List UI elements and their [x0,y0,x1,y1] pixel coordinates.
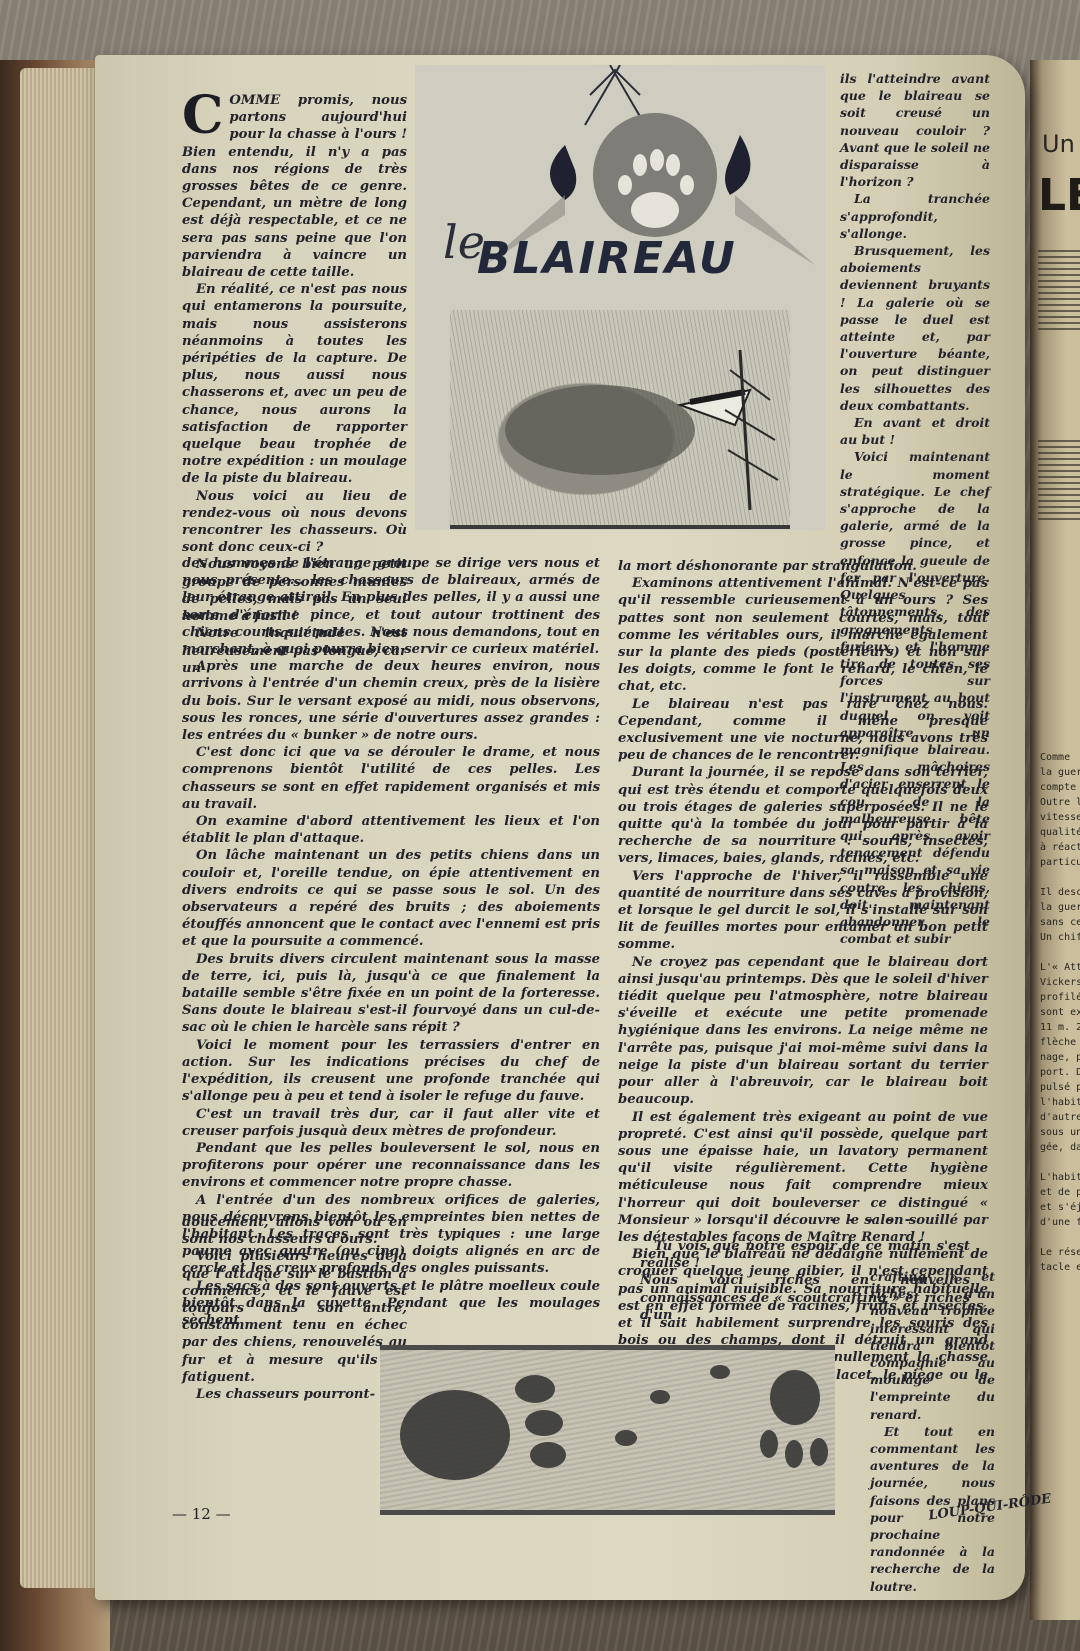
small-track [615,1430,637,1446]
paragraph: On examine d'abord attentivement les lie… [182,813,600,847]
adjacent-heading-small: Un [1042,130,1075,158]
paragraph: En avant et droit au but ! [840,414,990,448]
paragraph: Les chasseurs pourront- [182,1386,407,1403]
paragraph: C'est donc ici que va se dérouler le dra… [182,744,600,813]
paragraph: crafting » et riches d'un nouveau trophé… [870,1268,995,1423]
article-column-1-bottom: doucement, allons voir où en sont nos ch… [182,1214,407,1403]
paragraph: Il est également très exigeant au point … [618,1109,988,1247]
toe-print [810,1438,828,1466]
paragraph: C'est un travail très dur, car il faut a… [182,1106,600,1140]
adjacent-page-text: Comme la guerre, compte plu Outre le vit… [1040,750,1080,1275]
paragraph: Après une marche de deux heures environ,… [182,658,600,744]
footprints-illustration [380,1345,835,1515]
paragraph: Durant la journée, il se repose dans son… [618,764,988,867]
paw-print-icon [770,1370,820,1425]
article-title: BLAIREAU [477,233,737,284]
paragraph: Voici le moment pour les terrassiers d'e… [182,1037,600,1106]
paragraph: la mort déshonorante par strangulation. [618,558,988,575]
paragraph: Examinons attentivement l'animal. N'est-… [618,575,988,695]
paragraph: Nous voici au lieu de rendez-vous où nou… [182,488,407,557]
article-column-3-bottom: crafting » et riches d'un nouveau trophé… [870,1268,995,1595]
section-separator: - - - - - [830,1212,915,1228]
paragraph: En réalité, ce n'est pas nous qui entame… [182,281,407,487]
paragraph: ils l'atteindre avant que le blaireau se… [840,70,990,190]
page-number: — 12 — [172,1505,231,1523]
paragraph: La tranchée s'approfondit, s'allonge. [840,190,990,242]
title-illustration-block: le BLAIREAU [415,65,825,530]
small-track [710,1365,730,1379]
paragraph: Le blaireau n'est pas rare chez nous. Ce… [618,696,988,765]
toe-print [515,1375,555,1403]
paragraph: Vers l'approche de l'hiver, il rassemble… [618,868,988,954]
small-track [650,1390,670,1404]
paw-print-icon [400,1390,510,1480]
toe-print [785,1440,803,1468]
paragraph: Ne croyez pas cependant que le blaireau … [618,954,988,1109]
paragraph: Brusquement, les aboiements deviennent b… [840,242,990,414]
toe-print [530,1442,566,1468]
paragraph: doucement, allons voir où en sont nos ch… [182,1214,407,1248]
adjacent-heading-big: LE [1038,170,1080,221]
paragraph: Pendant que les pelles bouleversent le s… [182,1140,600,1192]
paragraph: On lâche maintenant un des petits chiens… [182,847,600,950]
toe-print [525,1410,563,1436]
drop-cap: C [182,94,223,138]
adjacent-page: Un LE Comme la guerre, compte plu Outre … [1030,60,1080,1620]
paragraph: Voici plusieurs heures déjà que l'attaqu… [182,1248,407,1386]
toe-print [760,1430,778,1458]
hatched-drawing [1038,250,1080,330]
badger-illustration [450,310,790,529]
hatched-drawing [1038,440,1080,520]
paragraph: des hommes de l'étrange groupe se dirige… [182,555,600,658]
opening-paragraph: COMME promis, nous partons aujourd'hui p… [182,92,407,281]
paragraph: Des bruits divers circulent maintenant s… [182,951,600,1037]
